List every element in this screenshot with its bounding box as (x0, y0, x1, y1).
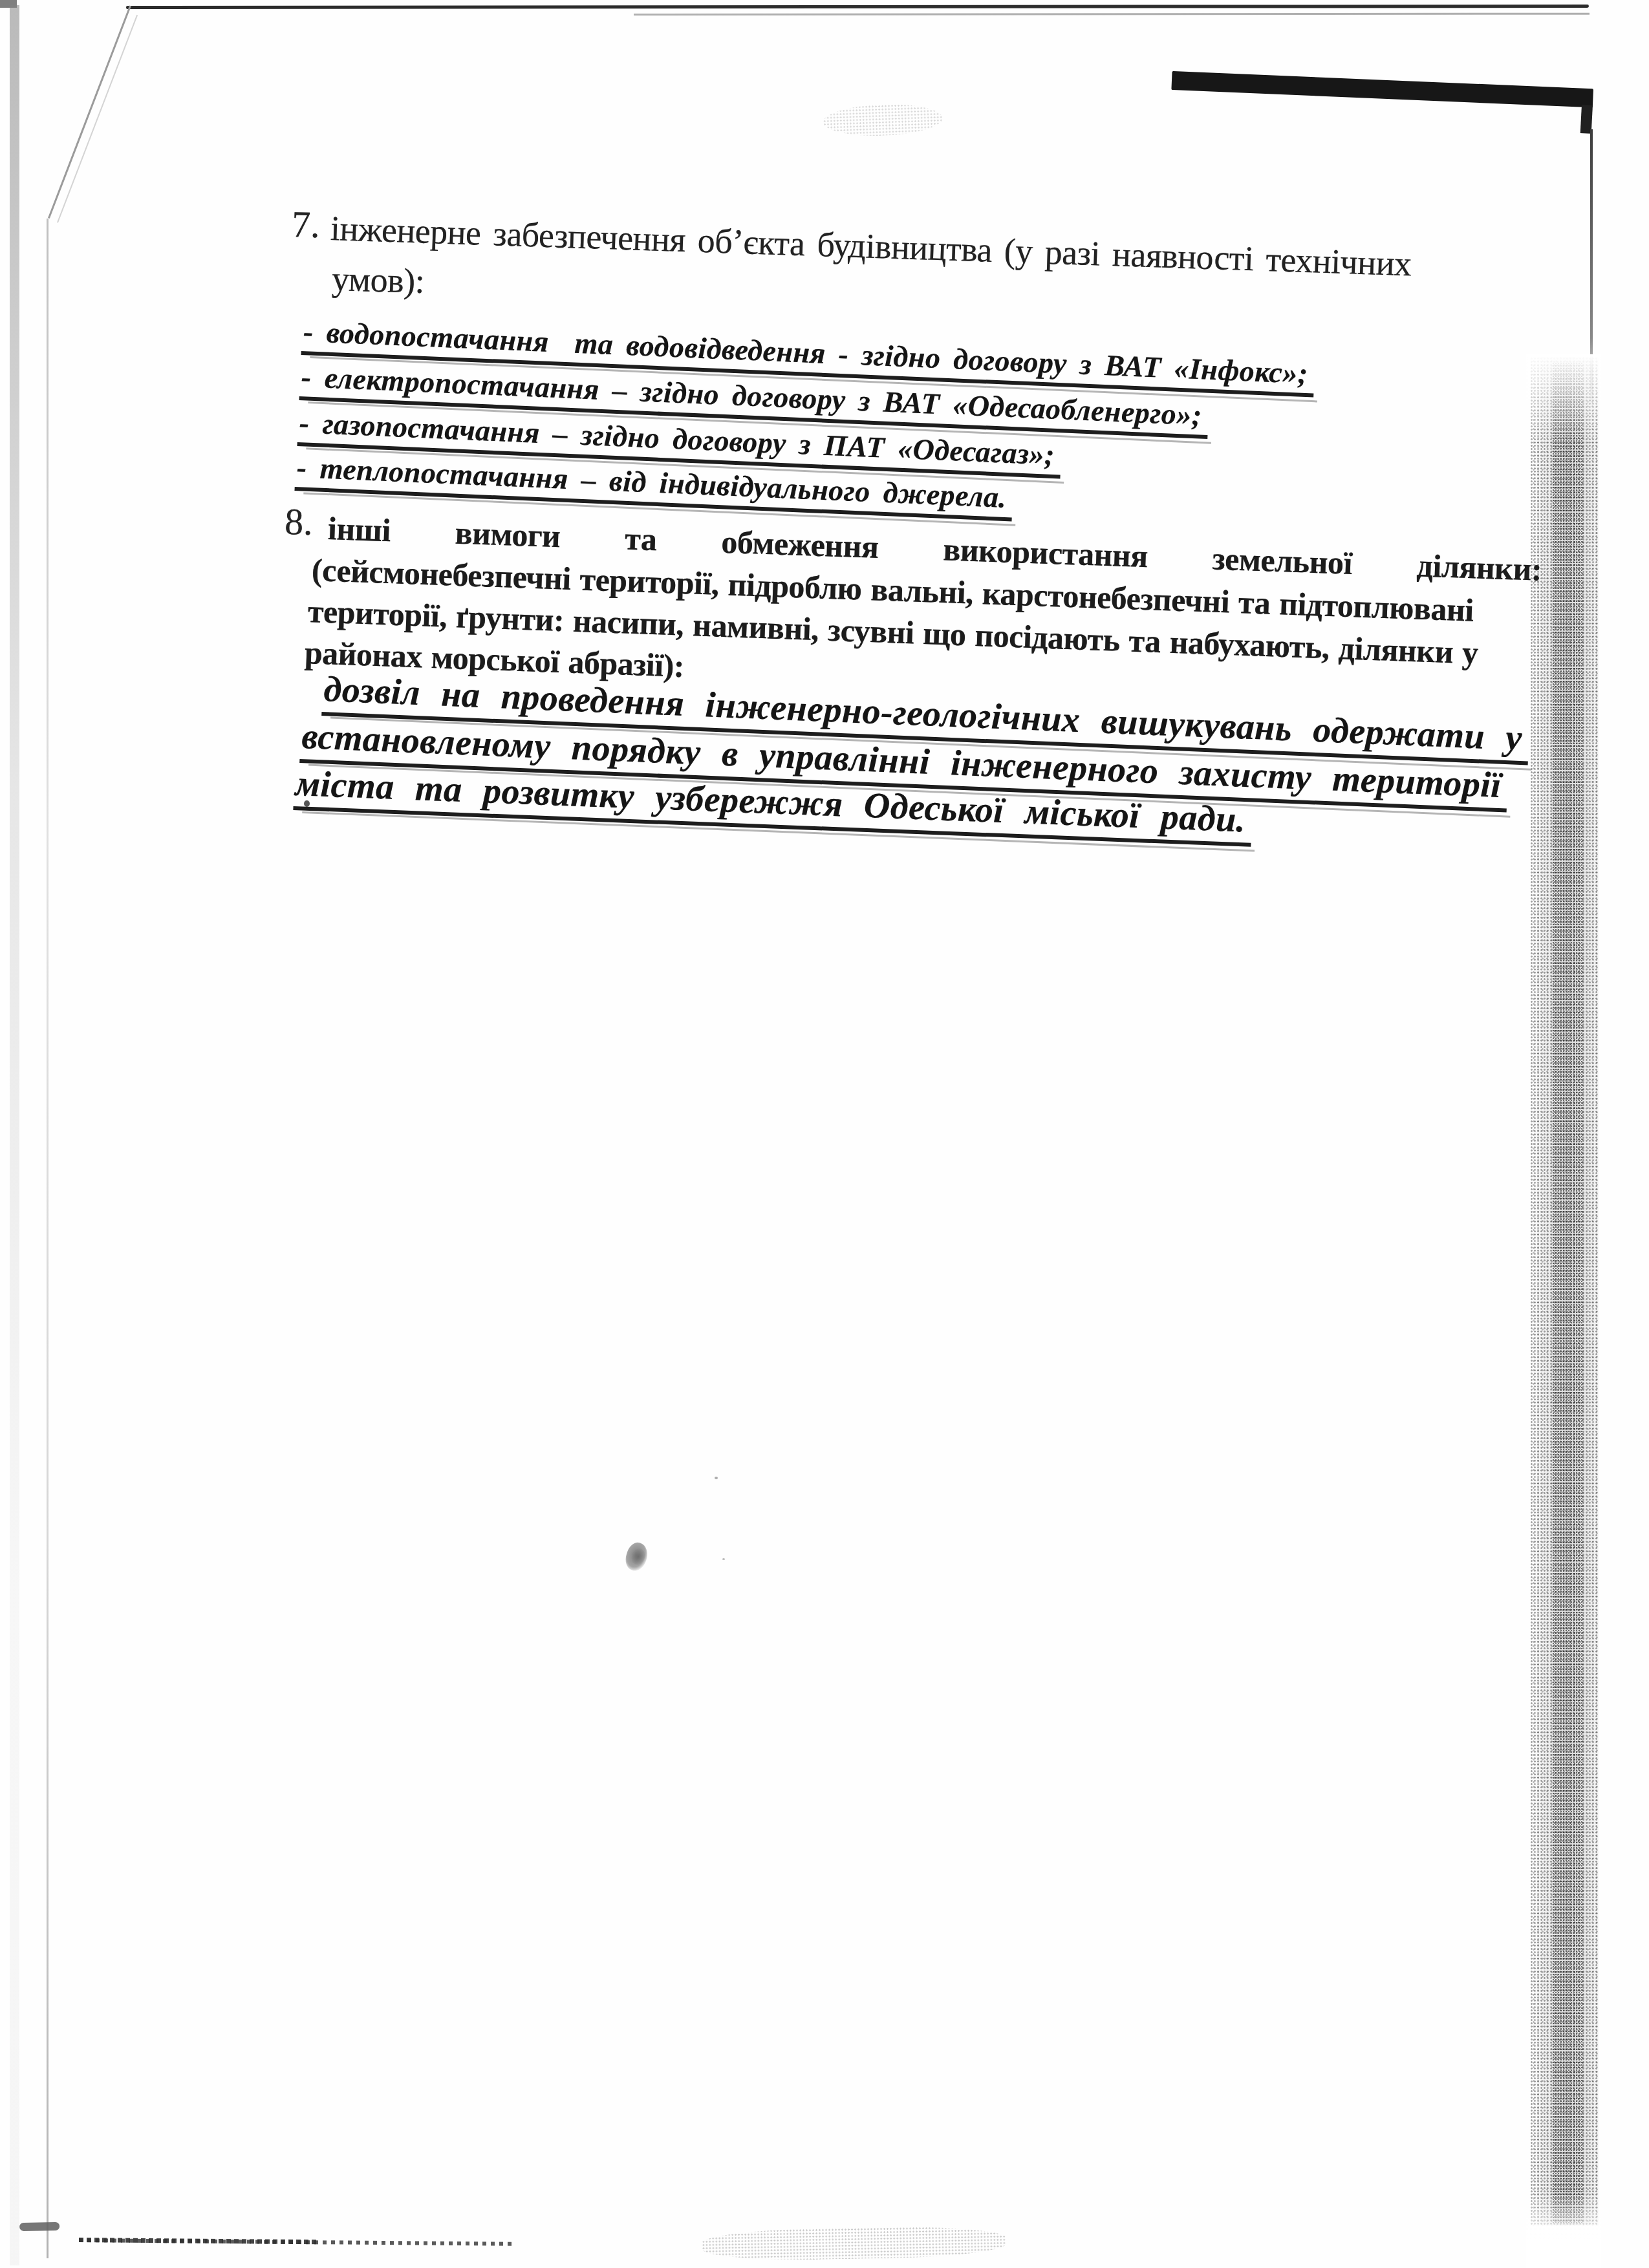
scan-top-edge-ghost-line (634, 13, 1590, 16)
scan-bottom-speckles (702, 2225, 1006, 2262)
item7-intro-line1: інженерне забезпечення об’єкта будівницт… (330, 211, 1412, 281)
scan-left-page-edge (10, 5, 19, 2265)
scan-page-fold-diagonal (48, 5, 131, 219)
scan-bottom-dotted-line-dark (79, 2238, 318, 2244)
scan-speck (715, 1477, 718, 1479)
item7-number: 7. (291, 206, 320, 244)
scan-speck (722, 1558, 725, 1560)
scan-bottom-left-smudge (19, 2222, 59, 2231)
scanned-page: 7. інженерне забезпечення об’єкта будівн… (0, 0, 1649, 2268)
item7-intro-line2: умов): (331, 261, 424, 299)
scan-top-right-black-bar (1171, 71, 1593, 107)
scan-left-fold-edge (47, 219, 48, 2258)
scan-page-fold-diagonal-ghost (57, 15, 138, 223)
scan-streak-top-fade (1526, 354, 1600, 445)
item8-number: 8. (284, 503, 313, 541)
scan-top-edge-line (126, 5, 1589, 9)
scan-right-edge-streak-core (1552, 362, 1583, 2223)
scan-streak-bottom-fade (1526, 2193, 1600, 2268)
scan-top-center-smudge (823, 103, 943, 138)
